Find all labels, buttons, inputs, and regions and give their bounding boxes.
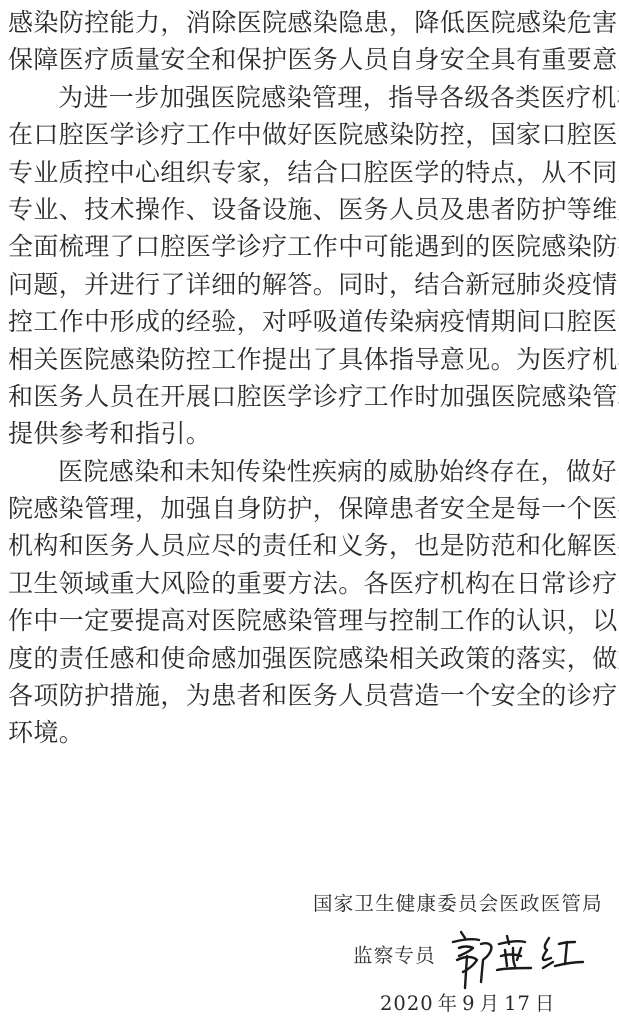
text-line: 在口腔医学诊疗工作中做好医院感染防控，国家口腔医学 bbox=[8, 116, 614, 153]
date-month: 9 bbox=[462, 992, 475, 1015]
text-line: 全面梳理了口腔医学诊疗工作中可能遇到的医院感染防控 bbox=[8, 228, 614, 265]
paragraph-3: 医院感染和未知传染性疾病的威胁始终存在，做好医 院感染管理，加强自身防护，保障患… bbox=[8, 453, 614, 752]
inspector-title: 监察专员 bbox=[353, 940, 436, 968]
date-day-unit: 日 bbox=[535, 992, 556, 1015]
date-year: 2020 bbox=[380, 992, 434, 1015]
text-line: 提供参考和指引。 bbox=[8, 415, 614, 452]
date-month-unit: 月 bbox=[480, 992, 501, 1015]
text-line: 环境。 bbox=[8, 714, 614, 751]
text-line: 控工作中形成的经验，对呼吸道传染病疫情期间口腔医学 bbox=[8, 303, 614, 340]
text-line: 感染防控能力，消除医院感染隐患，降低医院感染危害， bbox=[8, 4, 614, 41]
text-line: 度的责任感和使命感加强医院感染相关政策的落实，做好 bbox=[8, 640, 614, 677]
text-line: 各项防护措施，为患者和医务人员营造一个安全的诊疗 bbox=[8, 677, 614, 714]
text-line: 问题，并进行了详细的解答。同时，结合新冠肺炎疫情防 bbox=[8, 266, 614, 303]
handwritten-signature-icon bbox=[447, 926, 587, 992]
date-day: 17 bbox=[504, 992, 531, 1015]
paragraph-1: 感染防控能力，消除医院感染隐患，降低医院感染危害， 保障医疗质量安全和保护医务人… bbox=[8, 4, 614, 79]
document-page: 感染防控能力，消除医院感染隐患，降低医院感染危害， 保障医疗质量安全和保护医务人… bbox=[8, 4, 614, 752]
text-line: 专业、技术操作、设备设施、医务人员及患者防护等维度 bbox=[8, 191, 614, 228]
issuing-organization: 国家卫生健康委员会医政医管局 bbox=[313, 888, 603, 916]
text-line: 相关医院感染防控工作提出了具体指导意见。为医疗机构 bbox=[8, 341, 614, 378]
document-date: 2020年9月17日 bbox=[380, 988, 559, 1016]
text-line: 卫生领域重大风险的重要方法。各医疗机构在日常诊疗工 bbox=[8, 565, 614, 602]
text-line: 为进一步加强医院感染管理，指导各级各类医疗机构 bbox=[8, 79, 614, 116]
text-line: 医院感染和未知传染性疾病的威胁始终存在，做好医 bbox=[8, 453, 614, 490]
text-line: 作中一定要提高对医院感染管理与控制工作的认识，以高 bbox=[8, 602, 614, 639]
text-line: 专业质控中心组织专家，结合口腔医学的特点，从不同亚 bbox=[8, 154, 614, 191]
text-line: 机构和医务人员应尽的责任和义务，也是防范和化解医疗 bbox=[8, 527, 614, 564]
text-line: 保障医疗质量安全和保护医务人员自身安全具有重要意义。 bbox=[8, 41, 614, 78]
text-line: 和医务人员在开展口腔医学诊疗工作时加强医院感染管理 bbox=[8, 378, 614, 415]
text-line: 院感染管理，加强自身防护，保障患者安全是每一个医疗 bbox=[8, 490, 614, 527]
paragraph-2: 为进一步加强医院感染管理，指导各级各类医疗机构 在口腔医学诊疗工作中做好医院感染… bbox=[8, 79, 614, 453]
date-year-unit: 年 bbox=[438, 992, 459, 1015]
